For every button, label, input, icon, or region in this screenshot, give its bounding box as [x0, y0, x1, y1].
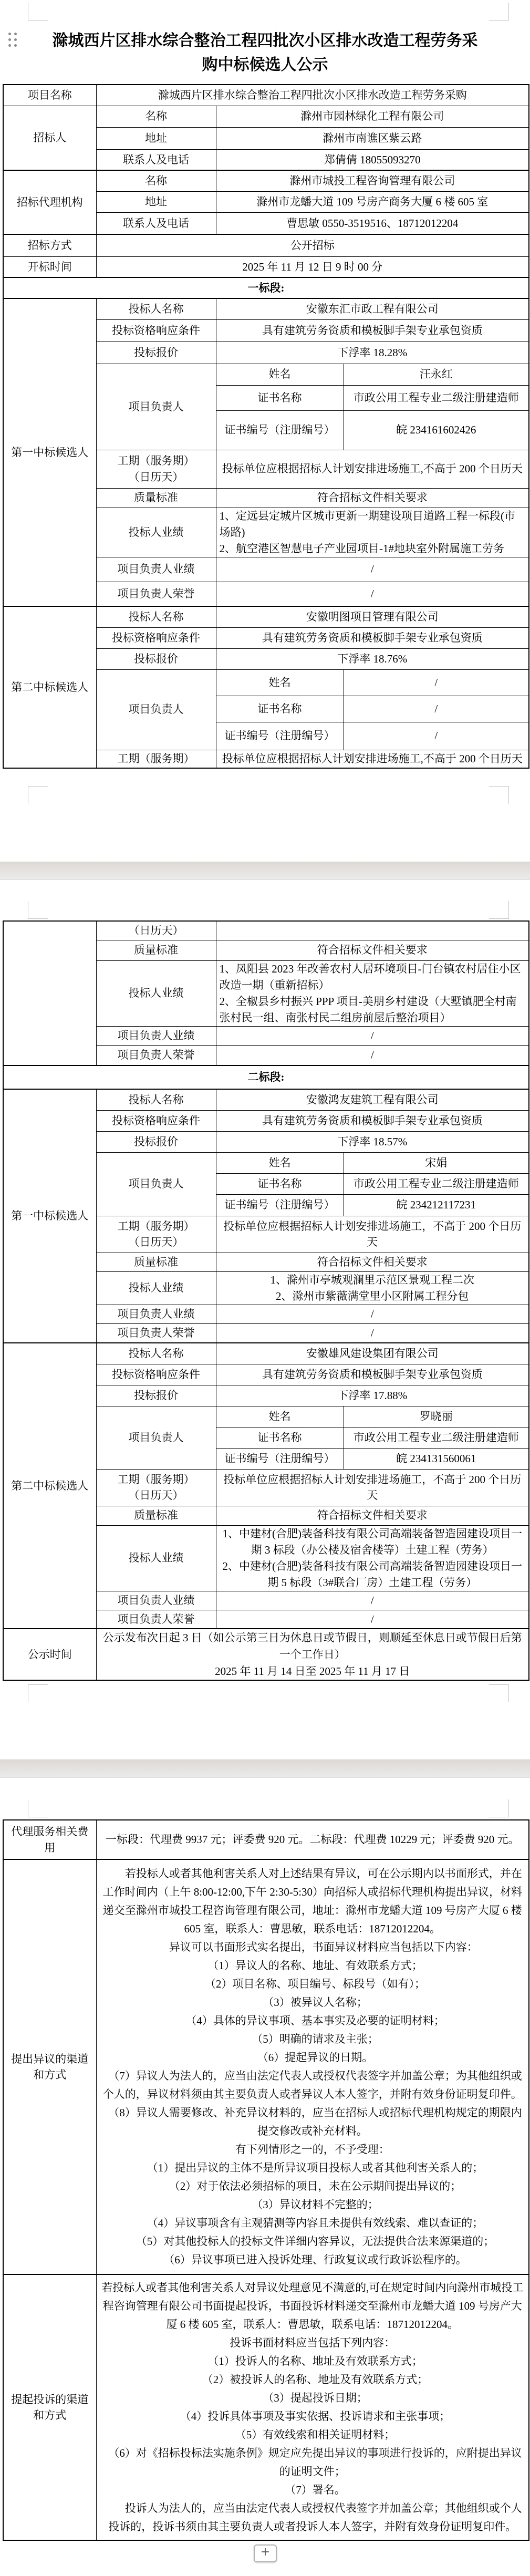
page1-top-right-crop-mark — [489, 3, 509, 20]
pm-honor-value: / — [216, 1045, 529, 1065]
bidder-name-value: 安徽明图项目管理有限公司 — [216, 606, 529, 627]
pm-honor-value: / — [216, 1610, 529, 1629]
page-separator — [0, 862, 530, 880]
bid-price-value: 下浮率 18.57% — [216, 1131, 529, 1152]
bidder-performance-value: 1、中建材(合肥)装备科技有限公司高端装备智造园建设项目一期 3 标段（办公楼及… — [216, 1525, 529, 1591]
agency-contact-value: 曹思敏 0550-3519516、18712012204 — [216, 212, 529, 234]
address-label: 地址 — [96, 191, 216, 212]
tenderer-contact-value: 郑倩倩 18055093270 — [216, 149, 529, 170]
bidder-performance-label: 投标人业绩 — [96, 1525, 216, 1591]
agency-label: 招标代理机构 — [3, 170, 96, 234]
agency-name-value: 滁州市城投工程咨询管理有限公司 — [216, 170, 529, 191]
document-title: 滁城西片区排水综合整治工程四批次小区排水改造工程劳务采购中标候选人公示 — [0, 29, 530, 77]
bid-announcement-table-page1: 项目名称 滁城西片区排水综合整治工程四批次小区排水改造工程劳务采购 招标人 名称… — [3, 84, 529, 769]
duration-label: 工期（服务期）（日历天） — [96, 1469, 216, 1506]
duration-label-continued: （日历天） — [96, 921, 216, 940]
pm-performance-label: 项目负责人业绩 — [96, 1026, 216, 1045]
tenderer-address-value: 滁州市南谯区紫云路 — [216, 127, 529, 149]
method-value: 公开招标 — [96, 234, 529, 256]
document-title-text: 滁城西片区排水综合整治工程四批次小区排水改造工程劳务采购中标候选人公示 — [49, 29, 482, 77]
pm-performance-value: / — [216, 1591, 529, 1610]
bidder-name-label: 投标人名称 — [96, 298, 216, 319]
open-time-label: 开标时间 — [3, 256, 96, 277]
qualification-value: 具有建筑劳务资质和模板脚手架专业承包资质 — [216, 627, 529, 648]
first-candidate-label: 第一中标候选人 — [3, 1089, 96, 1343]
tenderer-label: 招标人 — [3, 106, 96, 170]
bid-price-label: 投标报价 — [96, 1385, 216, 1406]
project-manager-label: 项目负责人 — [96, 1152, 216, 1216]
page2-top-left-crop-mark — [28, 901, 48, 919]
page1-bottom-right-crop-mark — [489, 786, 509, 804]
pm-name-label: 姓名 — [216, 364, 344, 385]
bidder-performance-value: 1、滁州市亭城观澜里示范区景观工程二次2、滁州市紫薇满堂里小区附属工程分包 — [216, 1271, 529, 1305]
publicity-time-label: 公示时间 — [3, 1629, 96, 1680]
pm-performance-label: 项目负责人业绩 — [96, 557, 216, 582]
cert-no-label: 证书编号（注册编号） — [216, 1448, 344, 1469]
duration-value: 投标单位应根据招标人计划安排进场施工,不高于 200 个日历天 — [216, 450, 529, 488]
page1-top-left-crop-mark — [28, 3, 48, 20]
contact-label: 联系人及电话 — [96, 212, 216, 234]
second-candidate-label: 第二中标候选人 — [3, 606, 96, 768]
agency-address-value: 滁州市龙蟠大道 109 号房产商务大厦 6 楼 605 室 — [216, 191, 529, 212]
qualification-label: 投标资格响应条件 — [96, 319, 216, 342]
duration-value: 投标单位应根据招标人计划安排进场施工，不高于 200 个日历天 — [216, 1216, 529, 1253]
pm-name-label: 姓名 — [216, 1152, 344, 1173]
duration-value: 投标单位应根据招标人计划安排进场施工,不高于 200 个日历天 — [216, 750, 529, 768]
quality-label: 质量标准 — [96, 1253, 216, 1271]
project-name-label: 项目名称 — [3, 85, 96, 106]
cert-name-label: 证书名称 — [216, 696, 344, 722]
page3-top-left-crop-mark — [28, 1799, 48, 1817]
cert-no-value: / — [344, 722, 529, 750]
duration-label: 工期（服务期） — [96, 750, 216, 768]
cert-name-label: 证书名称 — [216, 385, 344, 410]
bid-announcement-table-page2: （日历天） 质量标准 符合招标文件相关要求 投标人业绩 1、凤阳县 2023 年… — [3, 920, 529, 1681]
objection-channel-value: 若投标人或者其他利害关系人对上述结果有异议，可在公示期内以书面形式，并在工作时间… — [96, 1859, 529, 2274]
pm-honor-value: / — [216, 582, 529, 606]
agency-fee-value: 一标段：代理费 9937 元；评委费 920 元。二标段：代理费 10229 元… — [96, 1820, 529, 1859]
duration-label: 工期（服务期）（日历天） — [96, 1216, 216, 1253]
bid-announcement-table-page3: 代理服务相关费用 一标段：代理费 9937 元；评委费 920 元。二标段：代理… — [3, 1819, 529, 2541]
bidder-name-value: 安徽东汇市政工程有限公司 — [216, 298, 529, 319]
page2-bottom-right-crop-mark — [489, 1684, 509, 1702]
duration-value-continued — [216, 921, 529, 940]
qualification-label: 投标资格响应条件 — [96, 1364, 216, 1385]
cert-name-value: 市政公用工程专业二级注册建造师 — [344, 385, 529, 410]
contact-label: 联系人及电话 — [96, 149, 216, 170]
bidder-performance-label: 投标人业绩 — [96, 1271, 216, 1305]
pm-name-value: 宋娟 — [344, 1152, 529, 1173]
cert-name-label: 证书名称 — [216, 1427, 344, 1448]
quality-label: 质量标准 — [96, 940, 216, 960]
duration-label: 工期（服务期）（日历天） — [96, 450, 216, 488]
cert-name-value: / — [344, 696, 529, 722]
quality-value: 符合招标文件相关要求 — [216, 1253, 529, 1271]
agency-fee-label: 代理服务相关费用 — [3, 1820, 96, 1859]
name-label: 名称 — [96, 170, 216, 191]
second-candidate-label: 第二中标候选人 — [3, 1343, 96, 1629]
project-name-value: 滁城西片区排水综合整治工程四批次小区排水改造工程劳务采购 — [96, 85, 529, 106]
qualification-label: 投标资格响应条件 — [96, 627, 216, 648]
section2-heading: 二标段: — [3, 1065, 529, 1089]
pm-honor-value: / — [216, 1323, 529, 1343]
qualification-value: 具有建筑劳务资质和模板脚手架专业承包资质 — [216, 1364, 529, 1385]
pm-performance-value: / — [216, 557, 529, 582]
pm-performance-value: / — [216, 1026, 529, 1045]
pm-performance-label: 项目负责人业绩 — [96, 1591, 216, 1610]
pm-performance-value: / — [216, 1305, 529, 1323]
tenderer-name-value: 滁州市园林绿化工程有限公司 — [216, 106, 529, 127]
cert-no-value: 皖 234161602426 — [344, 410, 529, 450]
pm-honor-label: 项目负责人荣誉 — [96, 1323, 216, 1343]
open-time-value: 2025 年 11 月 12 日 9 时 00 分 — [96, 256, 529, 277]
bidder-performance-label: 投标人业绩 — [96, 960, 216, 1026]
duration-value: 投标单位应根据招标人计划安排进场施工，不高于 200 个日历天 — [216, 1469, 529, 1506]
publicity-time-value: 公示发布次日起 3 日（如公示第三日为休息日或节假日，则顺延至休息日或节假日后第… — [96, 1629, 529, 1680]
project-manager-label: 项目负责人 — [96, 669, 216, 750]
add-button[interactable]: + — [254, 2544, 277, 2562]
pm-honor-label: 项目负责人荣誉 — [96, 582, 216, 606]
bidder-name-value: 安徽鸿友建筑工程有限公司 — [216, 1089, 529, 1110]
bid-price-value: 下浮率 17.88% — [216, 1385, 529, 1406]
candidate-label-continued — [3, 921, 96, 1065]
quality-label: 质量标准 — [96, 1506, 216, 1525]
complaint-channel-label: 提起投诉的渠道和方式 — [3, 2274, 96, 2540]
pm-name-value: / — [344, 669, 529, 696]
first-candidate-label: 第一中标候选人 — [3, 298, 96, 606]
qualification-label: 投标资格响应条件 — [96, 1110, 216, 1131]
qualification-value: 具有建筑劳务资质和模板脚手架专业承包资质 — [216, 319, 529, 342]
document-viewer: { "title": "滁城西片区排水综合整治工程四批次小区排水改造工程劳务采购… — [0, 0, 530, 2576]
cert-name-value: 市政公用工程专业二级注册建造师 — [344, 1173, 529, 1194]
quality-value: 符合招标文件相关要求 — [216, 1506, 529, 1525]
bidder-performance-value: 1、定远县定城片区城市更新一期建设项目道路工程一标段(市场路)2、航空港区智慧电… — [216, 508, 529, 557]
cert-no-label: 证书编号（注册编号） — [216, 722, 344, 750]
quality-value: 符合招标文件相关要求 — [216, 488, 529, 508]
pm-honor-label: 项目负责人荣誉 — [96, 1610, 216, 1629]
bid-price-label: 投标报价 — [96, 342, 216, 364]
method-label: 招标方式 — [3, 234, 96, 256]
pm-honor-label: 项目负责人荣誉 — [96, 1045, 216, 1065]
bidder-name-label: 投标人名称 — [96, 606, 216, 627]
pm-name-value: 罗晓丽 — [344, 1406, 529, 1427]
bidder-name-value: 安徽雄风建设集团有限公司 — [216, 1343, 529, 1364]
bidder-performance-value: 1、凤阳县 2023 年改善农村人居环境项目-门台镇农村居住小区改造一期（重新招… — [216, 960, 529, 1026]
pm-name-label: 姓名 — [216, 1406, 344, 1427]
bid-price-value: 下浮率 18.28% — [216, 342, 529, 364]
cert-no-value: 皖 234131560061 — [344, 1448, 529, 1469]
bidder-name-label: 投标人名称 — [96, 1089, 216, 1110]
quality-label: 质量标准 — [96, 488, 216, 508]
section1-heading: 一标段: — [3, 277, 529, 298]
pm-name-value: 汪永红 — [344, 364, 529, 385]
bid-price-label: 投标报价 — [96, 648, 216, 669]
cert-no-value: 皖 234212117231 — [344, 1194, 529, 1216]
page2-bottom-left-crop-mark — [28, 1684, 48, 1702]
pm-performance-label: 项目负责人业绩 — [96, 1305, 216, 1323]
qualification-value: 具有建筑劳务资质和模板脚手架专业承包资质 — [216, 1110, 529, 1131]
page2-top-right-crop-mark — [489, 901, 509, 919]
bid-price-value: 下浮率 18.76% — [216, 648, 529, 669]
page1-bottom-left-crop-mark — [28, 786, 48, 804]
cert-name-value: 市政公用工程专业二级注册建造师 — [344, 1427, 529, 1448]
quality-value: 符合招标文件相关要求 — [216, 940, 529, 960]
objection-channel-label: 提出异议的渠道和方式 — [3, 1859, 96, 2274]
bidder-performance-label: 投标人业绩 — [96, 508, 216, 557]
pm-name-label: 姓名 — [216, 669, 344, 696]
cert-no-label: 证书编号（注册编号） — [216, 410, 344, 450]
project-manager-label: 项目负责人 — [96, 1406, 216, 1469]
complaint-channel-value: 若投标人或者其他利害关系人对异议处理意见不满意的,可在规定时间内向滁州市城投工程… — [96, 2274, 529, 2540]
address-label: 地址 — [96, 127, 216, 149]
name-label: 名称 — [96, 106, 216, 127]
bid-price-label: 投标报价 — [96, 1131, 216, 1152]
page3-top-right-crop-mark — [489, 1799, 509, 1817]
cert-name-label: 证书名称 — [216, 1173, 344, 1194]
cert-no-label: 证书编号（注册编号） — [216, 1194, 344, 1216]
project-manager-label: 项目负责人 — [96, 364, 216, 450]
bidder-name-label: 投标人名称 — [96, 1343, 216, 1364]
page-separator — [0, 1760, 530, 1778]
